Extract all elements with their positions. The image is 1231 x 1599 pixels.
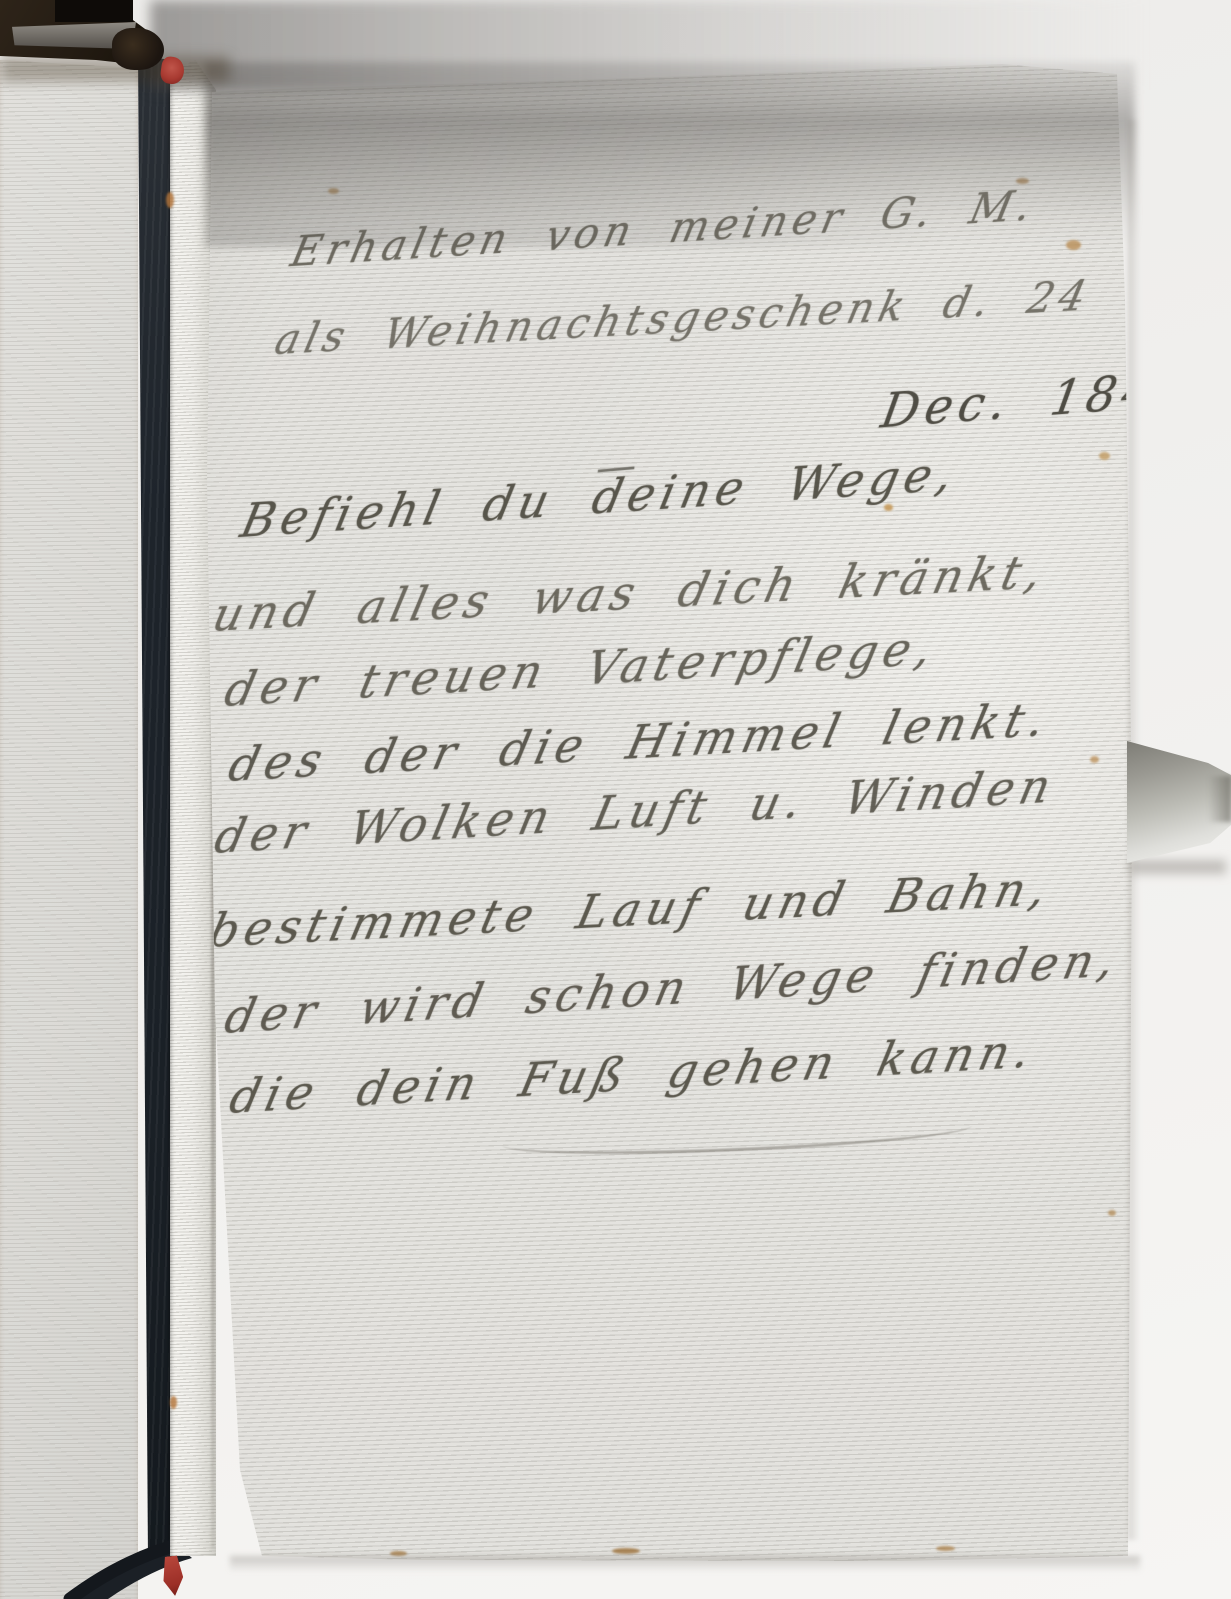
leather-cover-knob: [112, 28, 164, 70]
leather-cover-edge: [55, 0, 133, 22]
inscription-line-2: als Weihnachtsgeschenk d. 24: [270, 272, 1095, 365]
spine-bottom-curve: [30, 1500, 250, 1599]
clasp-shadow: [1130, 860, 1226, 874]
inscription-date: Dec. 1841: [877, 361, 1198, 440]
left-endpaper-page: [0, 54, 138, 1599]
underline-flourish: [502, 1110, 973, 1161]
inscription-line-1: Erhalten von meiner G. M.: [287, 181, 1041, 277]
page-inner-margin-curve: [170, 60, 216, 1556]
verse-line-8: die dein Fuß gehen kann.: [225, 1023, 1041, 1124]
clasp-notch-shading: [1208, 776, 1231, 822]
page-drop-shadow: [230, 1556, 1140, 1572]
open-book-photo: Erhalten von meiner G. M. als Weihnachts…: [0, 0, 1231, 1599]
